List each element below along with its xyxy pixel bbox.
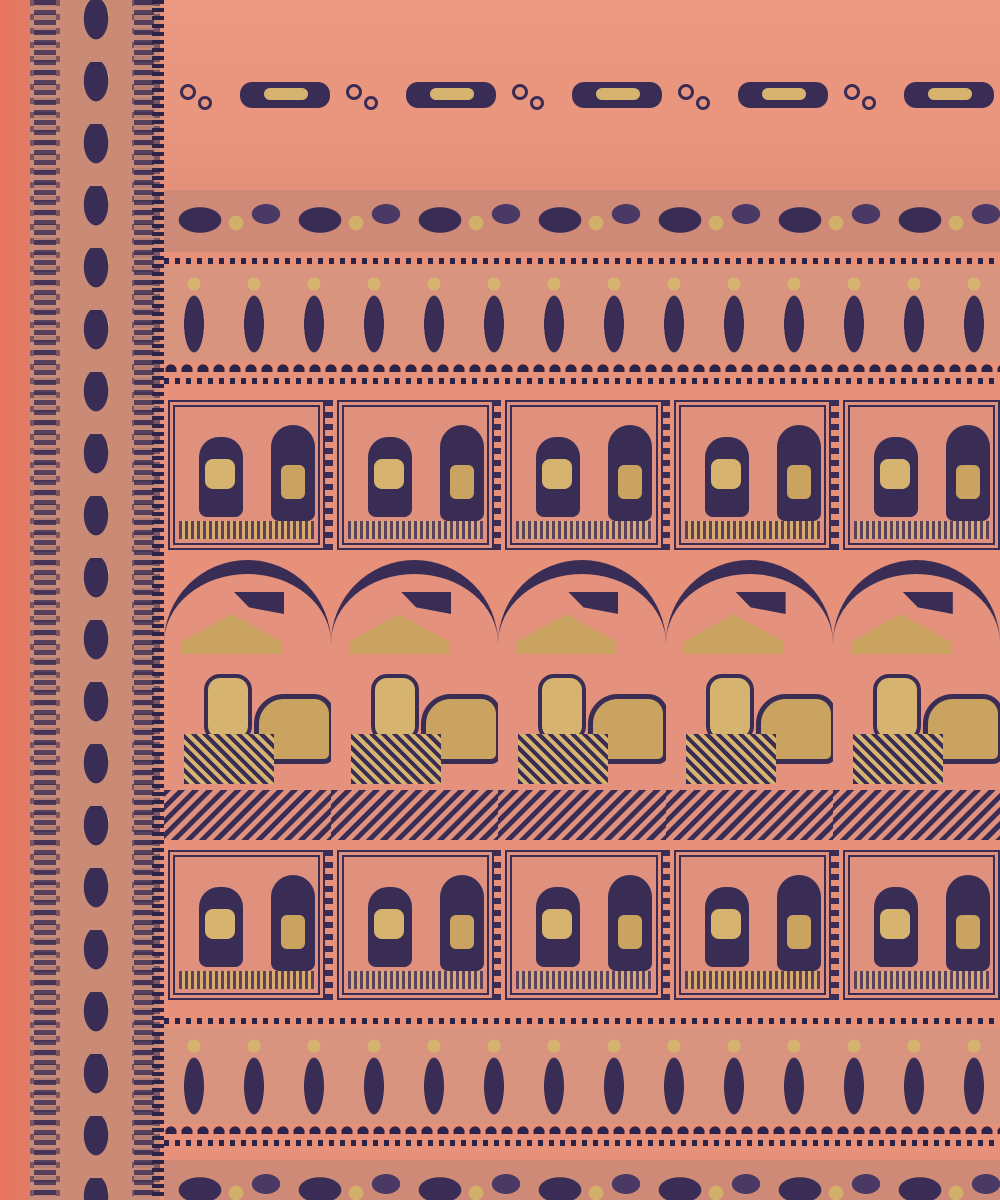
dot-line	[164, 1018, 1000, 1024]
chariot-arches	[164, 560, 1000, 840]
selvedge-edge	[0, 0, 30, 1200]
animal-motif	[502, 78, 668, 114]
archer-panel	[337, 850, 494, 1000]
side-border	[30, 0, 160, 1200]
animal-motif	[336, 78, 502, 114]
dot-line	[164, 258, 1000, 264]
dot-line	[164, 378, 1000, 384]
scallop-line	[164, 1120, 1000, 1134]
dancers-band-bottom	[164, 1028, 1000, 1124]
animal-motif	[170, 78, 336, 114]
leaf-band-bottom	[164, 1160, 1000, 1200]
animal-motif	[834, 78, 1000, 114]
dancers-band-top	[164, 266, 1000, 362]
archer-panel	[505, 400, 662, 550]
border-chain-right	[134, 0, 154, 1200]
archer-panel	[505, 850, 662, 1000]
archer-panels-bottom	[164, 850, 1000, 1000]
border-chain-left	[34, 0, 56, 1200]
archer-panel	[843, 850, 1000, 1000]
archer-panel	[168, 850, 325, 1000]
archer-panel	[674, 400, 831, 550]
archer-panel	[843, 400, 1000, 550]
archer-panel	[337, 400, 494, 550]
dot-line	[164, 1140, 1000, 1146]
animal-motif-row	[170, 78, 1000, 114]
chariot-arch	[164, 560, 331, 840]
scallop-line	[164, 358, 1000, 372]
border-figures	[60, 0, 132, 1200]
chariot-arch	[833, 560, 1000, 840]
animal-motif	[668, 78, 834, 114]
chariot-arch	[666, 560, 833, 840]
chariot-arch	[498, 560, 665, 840]
archer-panel	[168, 400, 325, 550]
archer-panel	[674, 850, 831, 1000]
archer-panels-top	[164, 400, 1000, 550]
leaf-band-top	[164, 190, 1000, 252]
tooth-edge	[152, 0, 164, 1200]
chariot-arch	[331, 560, 498, 840]
